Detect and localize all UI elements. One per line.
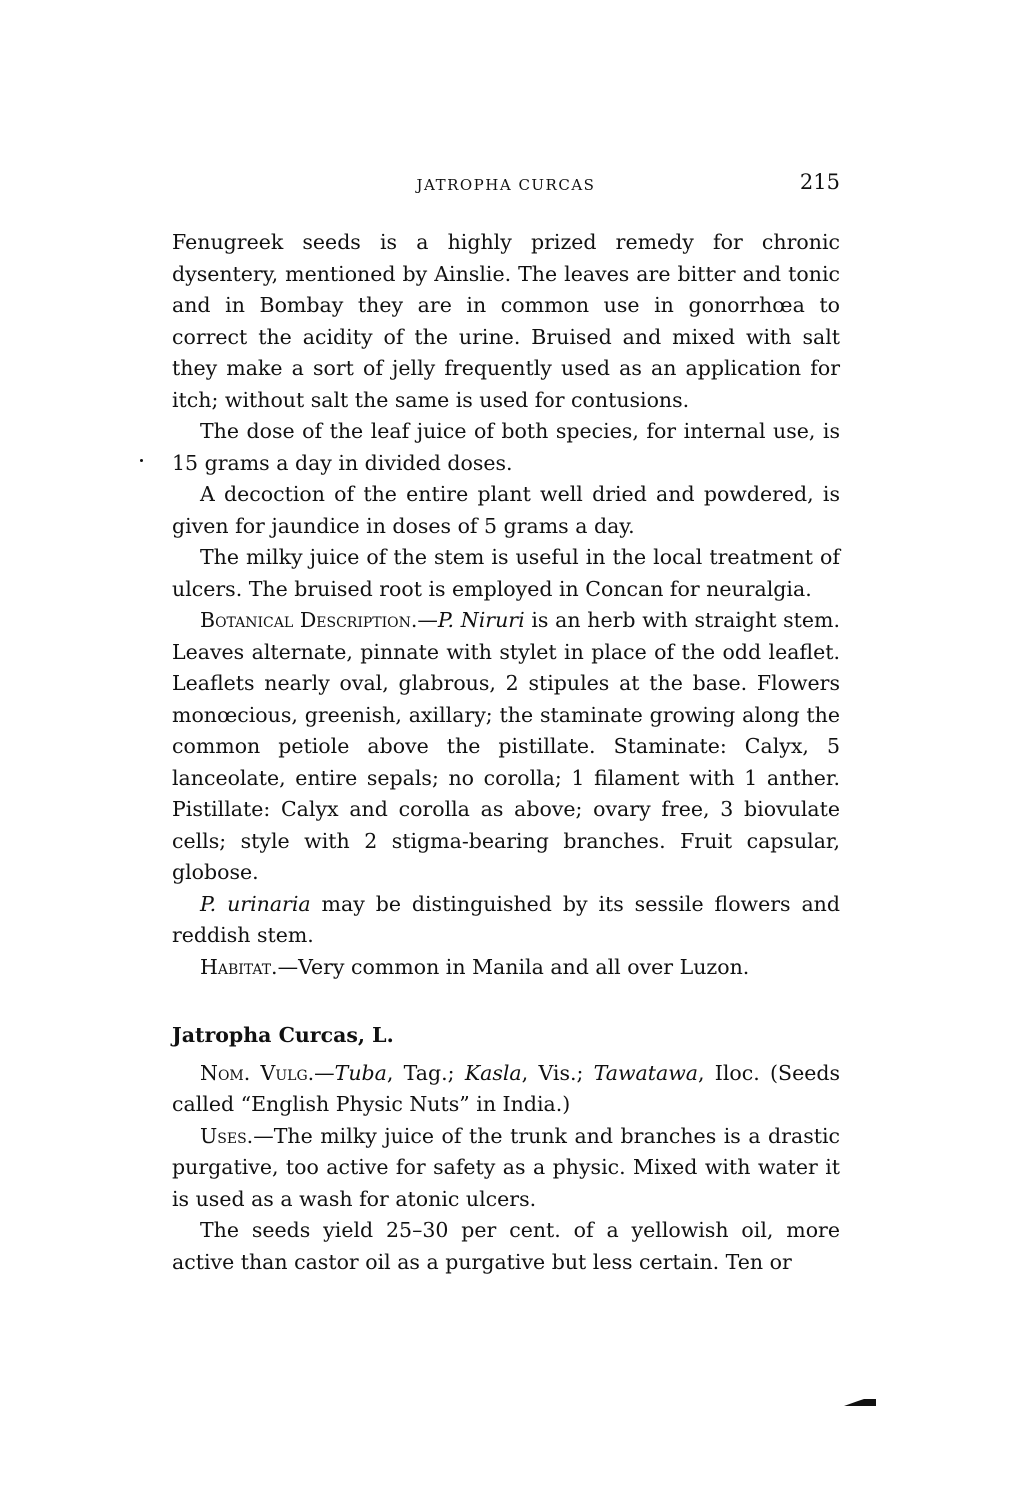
botanical-text: is an herb with straight stem. Leaves al… [172,608,840,884]
paragraph-urinaria: P. urinaria may be distinguished by its … [172,889,840,952]
botanical-label: Botanical Description. [200,608,417,632]
paragraph-fenugreek: Fenugreek seeds is a highly prized remed… [172,227,840,416]
lang-tag: , Tag.; [387,1061,465,1085]
page-number: 215 [800,170,840,194]
paragraph-decoction: A decoction of the entire plant well dri… [172,479,840,542]
uses-text: —The milky juice of the trunk and branch… [172,1124,840,1211]
uses-label: Uses. [200,1124,253,1148]
habitat-label: Habitat. [200,955,278,979]
section-title: Jatropha Curcas, L. [172,1020,840,1052]
vernacular-kasla: Kasla [465,1061,522,1085]
nom-vulg-label: Nom. Vulg. [200,1061,314,1085]
paragraph-dose: The dose of the leaf juice of both speci… [172,416,840,479]
paragraph-nom-vulg: Nom. Vulg.—Tuba, Tag.; Kasla, Vis.; Tawa… [172,1058,840,1121]
page-header: JATROPHA CURCAS 215 [172,170,840,200]
botanical-dash: — [417,608,438,632]
vernacular-tuba: Tuba [335,1061,387,1085]
nom-vulg-dash: — [314,1061,335,1085]
species-niruri: P. Niruri [438,608,525,632]
running-head: JATROPHA CURCAS [172,176,840,194]
paragraph-milky-juice: The milky juice of the stem is useful in… [172,542,840,605]
paragraph-seeds: The seeds yield 25–30 per cent. of a yel… [172,1215,840,1278]
page-edge-mark-icon [844,1398,876,1408]
habitat-text: —Very common in Manila and all over Luzo… [278,955,750,979]
vernacular-tawatawa: Tawatawa [594,1061,698,1085]
section-spacer [172,983,840,1020]
species-urinaria: P. urinaria [200,892,311,916]
paragraph-uses: Uses.—The milky juice of the trunk and b… [172,1121,840,1216]
page-body: Fenugreek seeds is a highly prized remed… [172,227,840,1278]
paragraph-habitat: Habitat.—Very common in Manila and all o… [172,952,840,984]
margin-dot [140,459,143,462]
lang-vis: , Vis.; [522,1061,594,1085]
paragraph-botanical-description: Botanical Description.—P. Niruri is an h… [172,605,840,889]
